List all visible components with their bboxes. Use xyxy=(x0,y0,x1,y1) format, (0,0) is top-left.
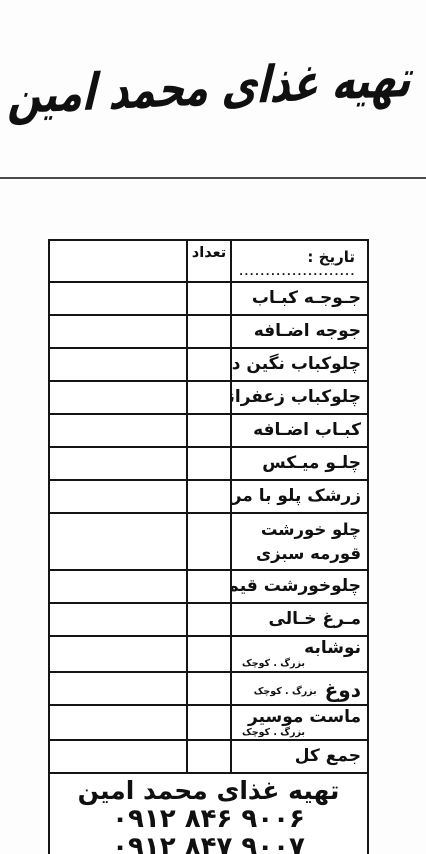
price-column-header-cell xyxy=(50,241,186,281)
item-price-cell[interactable] xyxy=(50,604,186,635)
table-row: ماست موسیر بزرگ . کوچک xyxy=(50,706,367,742)
item-price-cell[interactable] xyxy=(50,514,186,569)
item-name-line2: قورمه سبزی xyxy=(234,542,361,566)
item-name: نوشابه xyxy=(234,638,361,659)
table-row: چلو خورشت قورمه سبزی xyxy=(50,514,367,571)
item-name-cell: نوشابه بزرگ . کوچک xyxy=(230,637,367,671)
business-name: تهیه غذای محمد امین xyxy=(78,776,340,806)
item-quantity-cell[interactable] xyxy=(186,448,230,479)
item-quantity-cell[interactable] xyxy=(186,604,230,635)
item-name: جـوجـه کبـاب xyxy=(234,288,361,309)
item-quantity-cell[interactable] xyxy=(186,481,230,512)
table-row: کبـاب اضـافه xyxy=(50,415,367,448)
item-name-cell: چلـو میـکس xyxy=(230,448,367,479)
item-price-cell[interactable] xyxy=(50,448,186,479)
table-row: چلوکباب نگین دار xyxy=(50,349,367,382)
item-name-cell: چلوکباب نگین دار xyxy=(230,349,367,380)
table-row: زرشک پلو با مرغ xyxy=(50,481,367,514)
item-price-cell[interactable] xyxy=(50,382,186,413)
item-name-cell: ماست موسیر بزرگ . کوچک xyxy=(230,706,367,740)
item-quantity-cell[interactable] xyxy=(186,741,230,772)
item-name-cell: جوجه اضـافه xyxy=(230,316,367,347)
item-name: جمع کل xyxy=(234,746,361,767)
item-price-cell[interactable] xyxy=(50,637,186,671)
item-quantity-cell[interactable] xyxy=(186,349,230,380)
phone-number-1: ۰۹۱۲ ۸۴۶ ۹۰۰۶ xyxy=(112,806,305,833)
item-name-cell: مـرغ خـالی xyxy=(230,604,367,635)
item-name-cell: چلو خورشت قورمه سبزی xyxy=(230,514,367,569)
item-quantity-cell[interactable] xyxy=(186,283,230,314)
table-header-row: تاریخ : ...................... تعداد xyxy=(50,241,367,283)
order-form-table: تاریخ : ...................... تعداد جـو… xyxy=(48,239,369,854)
item-name: چلوخورشت قیمه xyxy=(234,576,361,597)
item-price-cell[interactable] xyxy=(50,571,186,602)
footer-box: تهیه غذای محمد امین ۰۹۱۲ ۸۴۶ ۹۰۰۶ ۰۹۱۲ ۸… xyxy=(50,774,367,854)
item-name-cell: کبـاب اضـافه xyxy=(230,415,367,446)
table-row: چلـو میـکس xyxy=(50,448,367,481)
item-size-note: بزرگ . کوچک xyxy=(234,728,361,738)
item-name-cell: زرشک پلو با مرغ xyxy=(230,481,367,512)
item-name: دوغ xyxy=(325,678,361,703)
table-row: دوغ بزرگ . کوچک xyxy=(50,673,367,706)
table-row: جوجه اضـافه xyxy=(50,316,367,349)
restaurant-logo-calligraphy: تهیه غذای محمد امین xyxy=(8,49,418,126)
table-row: نوشابه بزرگ . کوچک xyxy=(50,637,367,673)
quantity-column-header: تعداد xyxy=(186,241,230,281)
item-quantity-cell[interactable] xyxy=(186,637,230,671)
date-label: تاریخ : xyxy=(234,245,361,266)
item-name: جوجه اضـافه xyxy=(234,321,361,342)
item-name: زرشک پلو با مرغ xyxy=(234,486,361,507)
date-fill-in-line[interactable]: ...................... xyxy=(234,268,361,278)
item-name: کبـاب اضـافه xyxy=(234,420,361,441)
phone-number-2: ۰۹۱۲ ۸۴۷ ۹۰۰۷ xyxy=(112,834,305,854)
item-price-cell[interactable] xyxy=(50,415,186,446)
logo-area: تهیه غذای محمد امین xyxy=(8,28,418,146)
item-name-cell: دوغ بزرگ . کوچک xyxy=(230,673,367,704)
item-name: چلـو میـکس xyxy=(234,453,361,474)
table-row: مـرغ خـالی xyxy=(50,604,367,637)
item-quantity-cell[interactable] xyxy=(186,316,230,347)
item-price-cell[interactable] xyxy=(50,706,186,740)
item-quantity-cell[interactable] xyxy=(186,706,230,740)
item-name-cell: جـوجـه کبـاب xyxy=(230,283,367,314)
item-name-cell: جمع کل xyxy=(230,741,367,772)
item-price-cell[interactable] xyxy=(50,481,186,512)
item-price-cell[interactable] xyxy=(50,316,186,347)
item-price-cell[interactable] xyxy=(50,741,186,772)
item-name: چلوکباب زعفرانی xyxy=(234,387,361,408)
item-size-note: بزرگ . کوچک xyxy=(254,687,317,702)
item-quantity-cell[interactable] xyxy=(186,673,230,704)
item-name: مـرغ خـالی xyxy=(234,609,361,630)
table-row: جـوجـه کبـاب xyxy=(50,283,367,316)
item-quantity-cell[interactable] xyxy=(186,415,230,446)
item-price-cell[interactable] xyxy=(50,283,186,314)
item-size-note: بزرگ . کوچک xyxy=(234,659,361,669)
receipt-page: تهیه غذای محمد امین تاریخ : ............… xyxy=(0,0,426,854)
table-row: جمع کل xyxy=(50,741,367,774)
item-name: ماست موسیر xyxy=(234,707,361,728)
item-name-cell: چلوخورشت قیمه xyxy=(230,571,367,602)
item-name-cell: چلوکباب زعفرانی xyxy=(230,382,367,413)
item-price-cell[interactable] xyxy=(50,673,186,704)
table-row: چلوکباب زعفرانی xyxy=(50,382,367,415)
item-price-cell[interactable] xyxy=(50,349,186,380)
item-name: چلوکباب نگین دار xyxy=(234,354,361,375)
item-quantity-cell[interactable] xyxy=(186,571,230,602)
item-quantity-cell[interactable] xyxy=(186,514,230,569)
item-name: چلو خورشت xyxy=(234,518,361,542)
date-header-cell: تاریخ : ...................... xyxy=(230,241,367,281)
item-quantity-cell[interactable] xyxy=(186,382,230,413)
header-divider-line xyxy=(0,177,426,179)
table-row: چلوخورشت قیمه xyxy=(50,571,367,604)
